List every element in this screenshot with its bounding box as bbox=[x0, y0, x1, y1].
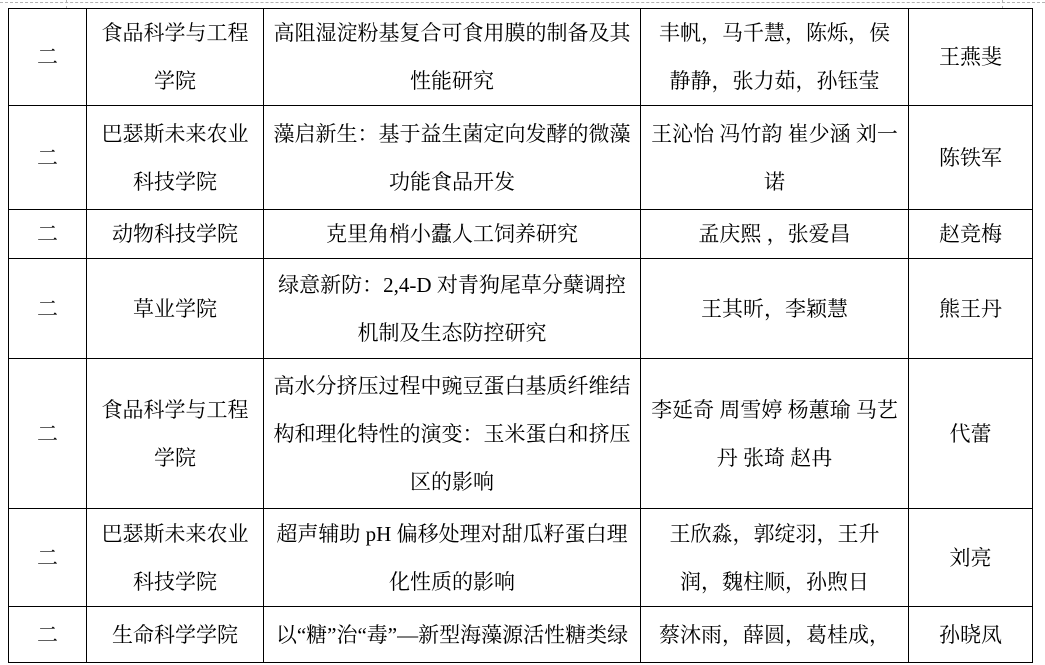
cell-batch: 二 bbox=[9, 607, 87, 663]
cell-advisor: 王燕斐 bbox=[909, 9, 1033, 106]
cell-members: 王沁怡 冯竹韵 崔少涵 刘一诺 bbox=[641, 106, 909, 210]
cell-college: 生命科学学院 bbox=[87, 607, 264, 663]
cell-advisor: 赵竞梅 bbox=[909, 210, 1033, 259]
cell-title: 藻启新生：基于益生菌定向发酵的微藻功能食品开发 bbox=[264, 106, 641, 210]
table-row: 二草业学院绿意新防：2,4-D 对青狗尾草分蘖调控机制及生态防控研究王其昕，李颖… bbox=[9, 259, 1033, 359]
cell-members: 王欣淼，郭绽羽，王升润，魏柱顺，孙煦日 bbox=[641, 509, 909, 607]
cell-members: 王其昕，李颖慧 bbox=[641, 259, 909, 359]
cell-title: 高阻湿淀粉基复合可食用膜的制备及其性能研究 bbox=[264, 9, 641, 106]
cell-advisor: 代蕾 bbox=[909, 359, 1033, 509]
cell-batch: 二 bbox=[9, 9, 87, 106]
document-page: 二食品科学与工程学院高阻湿淀粉基复合可食用膜的制备及其性能研究丰帆，马千慧，陈烁… bbox=[0, 0, 1045, 665]
cell-college: 巴瑟斯未来农业科技学院 bbox=[87, 509, 264, 607]
cell-title: 克里角梢小蠹人工饲养研究 bbox=[264, 210, 641, 259]
projects-table-body: 二食品科学与工程学院高阻湿淀粉基复合可食用膜的制备及其性能研究丰帆，马千慧，陈烁… bbox=[9, 9, 1033, 663]
cell-batch: 二 bbox=[9, 106, 87, 210]
table-row: 二食品科学与工程学院高阻湿淀粉基复合可食用膜的制备及其性能研究丰帆，马千慧，陈烁… bbox=[9, 9, 1033, 106]
cell-batch: 二 bbox=[9, 359, 87, 509]
cell-college: 动物科技学院 bbox=[87, 210, 264, 259]
page-boundary-line bbox=[0, 2, 1045, 3]
cell-batch: 二 bbox=[9, 210, 87, 259]
cell-members: 孟庆熙 ，张爱昌 bbox=[641, 210, 909, 259]
cell-college: 草业学院 bbox=[87, 259, 264, 359]
table-row: 二动物科技学院克里角梢小蠹人工饲养研究孟庆熙 ，张爱昌赵竞梅 bbox=[9, 210, 1033, 259]
cell-title: 超声辅助 pH 偏移处理对甜瓜籽蛋白理化性质的影响 bbox=[264, 509, 641, 607]
projects-table: 二食品科学与工程学院高阻湿淀粉基复合可食用膜的制备及其性能研究丰帆，马千慧，陈烁… bbox=[8, 8, 1033, 663]
cell-members: 蔡沐雨，薛圆，葛桂成， bbox=[641, 607, 909, 663]
cell-advisor: 孙晓凤 bbox=[909, 607, 1033, 663]
cell-advisor: 熊王丹 bbox=[909, 259, 1033, 359]
cell-title: 以“糖”治“毒”—新型海藻源活性糖类绿 bbox=[264, 607, 641, 663]
cell-members: 李延奇 周雪婷 杨蕙瑜 马艺丹 张琦 赵冉 bbox=[641, 359, 909, 509]
cell-title: 高水分挤压过程中豌豆蛋白基质纤维结构和理化特性的演变：玉米蛋白和挤压区的影响 bbox=[264, 359, 641, 509]
table-row: 二巴瑟斯未来农业科技学院藻启新生：基于益生菌定向发酵的微藻功能食品开发王沁怡 冯… bbox=[9, 106, 1033, 210]
cell-college: 食品科学与工程学院 bbox=[87, 359, 264, 509]
table-row: 二食品科学与工程学院高水分挤压过程中豌豆蛋白基质纤维结构和理化特性的演变：玉米蛋… bbox=[9, 359, 1033, 509]
table-row: 二生命科学学院以“糖”治“毒”—新型海藻源活性糖类绿蔡沐雨，薛圆，葛桂成，孙晓凤 bbox=[9, 607, 1033, 663]
table-row: 二巴瑟斯未来农业科技学院超声辅助 pH 偏移处理对甜瓜籽蛋白理化性质的影响王欣淼… bbox=[9, 509, 1033, 607]
cell-college: 食品科学与工程学院 bbox=[87, 9, 264, 106]
cell-title: 绿意新防：2,4-D 对青狗尾草分蘖调控机制及生态防控研究 bbox=[264, 259, 641, 359]
cell-advisor: 陈铁军 bbox=[909, 106, 1033, 210]
cell-batch: 二 bbox=[9, 509, 87, 607]
cell-college: 巴瑟斯未来农业科技学院 bbox=[87, 106, 264, 210]
cell-advisor: 刘亮 bbox=[909, 509, 1033, 607]
cell-members: 丰帆，马千慧，陈烁，侯静静，张力茹，孙钰莹 bbox=[641, 9, 909, 106]
cell-batch: 二 bbox=[9, 259, 87, 359]
